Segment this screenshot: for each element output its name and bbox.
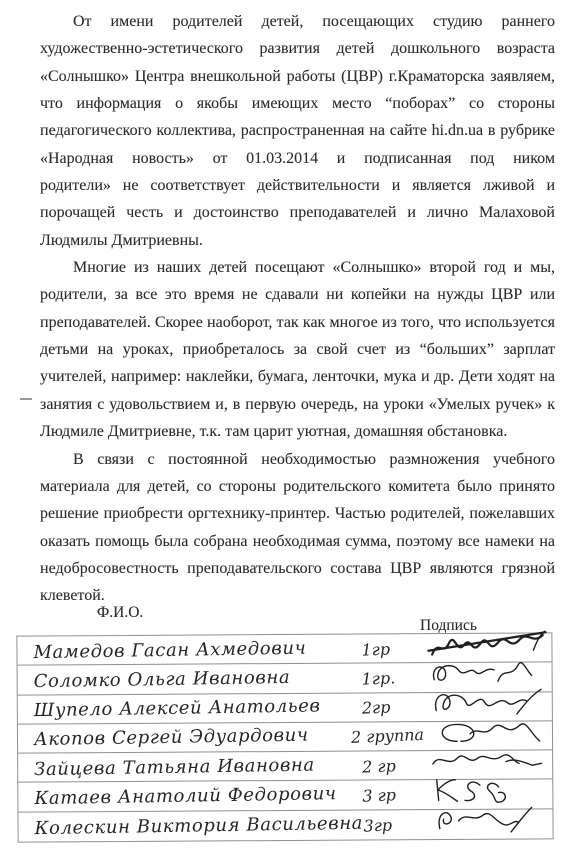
paragraph-2: Многие из наших детей посещают «Солнышко… bbox=[40, 254, 555, 445]
text-line: что информация о якобы имеющих место “по… bbox=[40, 90, 555, 117]
text-line: оказать помощь была собрана необходимая … bbox=[40, 528, 555, 555]
signer-name: Катаев Анатолий Федорович bbox=[18, 783, 362, 810]
text-line: занятия с удовольствием и, в первую очер… bbox=[40, 391, 555, 418]
name-column-header: Ф.И.О. bbox=[97, 604, 143, 622]
text-line: родители, за все это время не сдавали ни… bbox=[40, 281, 555, 308]
signer-name: Колескин Виктория Васильевна bbox=[18, 812, 363, 839]
signer-name: Соломко Ольга Ивановна bbox=[17, 666, 361, 693]
signature-row: Колескин Виктория Васильевна 3гр bbox=[18, 809, 552, 842]
text-line: порочащей честь и достоинство преподават… bbox=[40, 199, 555, 226]
text-line: От имени родителей детей, посещающих сту… bbox=[40, 8, 555, 35]
signature-scribble bbox=[424, 717, 552, 748]
text-line: материала для детей, со стороны родитель… bbox=[40, 473, 555, 500]
signer-name: Акопов Сергей Эдуардович bbox=[18, 724, 351, 751]
signer-name: Зайцева Татьяна Ивановна bbox=[18, 753, 362, 780]
text-line: преподавателей. Скорее наоборот, так как… bbox=[40, 309, 555, 336]
signature-scribble bbox=[425, 805, 553, 836]
text-line: педагогического коллектива, распростране… bbox=[40, 117, 555, 144]
text-line: Многие из наших детей посещают «Солнышко… bbox=[40, 254, 555, 281]
signer-group: 3 гр bbox=[362, 784, 425, 806]
signature-scribble bbox=[424, 658, 552, 689]
signer-name: Мамедов Гасан Ахмедович bbox=[17, 636, 361, 663]
signer-group: 3гр bbox=[363, 814, 426, 836]
scan-artifact bbox=[20, 398, 32, 400]
signer-group: 1гр bbox=[361, 638, 424, 660]
text-line: Людмиле Дмитриевне, т.к. там царит уютна… bbox=[40, 418, 555, 445]
text-line: Людмилы Дмитриевны. bbox=[40, 227, 555, 254]
signer-group: 2 группа bbox=[351, 725, 425, 747]
signer-name: Шупело Алексей Анатольев bbox=[18, 695, 362, 722]
text-line: «Солнышко» Центра внешкольной работы (ЦВ… bbox=[40, 63, 555, 90]
text-line: учителей, например: наклейки, бумага, ле… bbox=[40, 363, 555, 390]
signer-group: 1гр. bbox=[361, 667, 424, 689]
text-line: В связи с постоянной необходимостью разм… bbox=[40, 446, 555, 473]
text-line: «Народная новость» от 01.03.2014 и подпи… bbox=[40, 145, 555, 172]
text-line: детьми на уроках, приобреталось за свой … bbox=[40, 336, 555, 363]
text-line: родители» не соответствует действительно… bbox=[40, 172, 555, 199]
paragraph-3: В связи с постоянной необходимостью разм… bbox=[40, 446, 555, 610]
text-line: недобросовестность преподавательского со… bbox=[40, 555, 555, 582]
signature-table: Мамедов Гасан Ахмедович 1гр Соломко Ольг… bbox=[16, 632, 553, 842]
signature-scribble bbox=[424, 688, 552, 719]
signer-group: 2 гр bbox=[362, 755, 425, 777]
text-line: решение приобрести оргтехнику-принтер. Ч… bbox=[40, 500, 555, 527]
paragraph-1: От имени родителей детей, посещающих сту… bbox=[40, 8, 555, 254]
signature-scribble bbox=[423, 629, 551, 660]
signature-scribble bbox=[424, 746, 552, 777]
signer-group: 2гр bbox=[361, 696, 424, 718]
signature-scribble bbox=[424, 775, 552, 806]
letter-body: От имени родителей детей, посещающих сту… bbox=[40, 8, 555, 610]
scanned-letter-page: От имени родителей детей, посещающих сту… bbox=[0, 0, 580, 856]
text-line: художественно-эстетического развития дет… bbox=[40, 35, 555, 62]
